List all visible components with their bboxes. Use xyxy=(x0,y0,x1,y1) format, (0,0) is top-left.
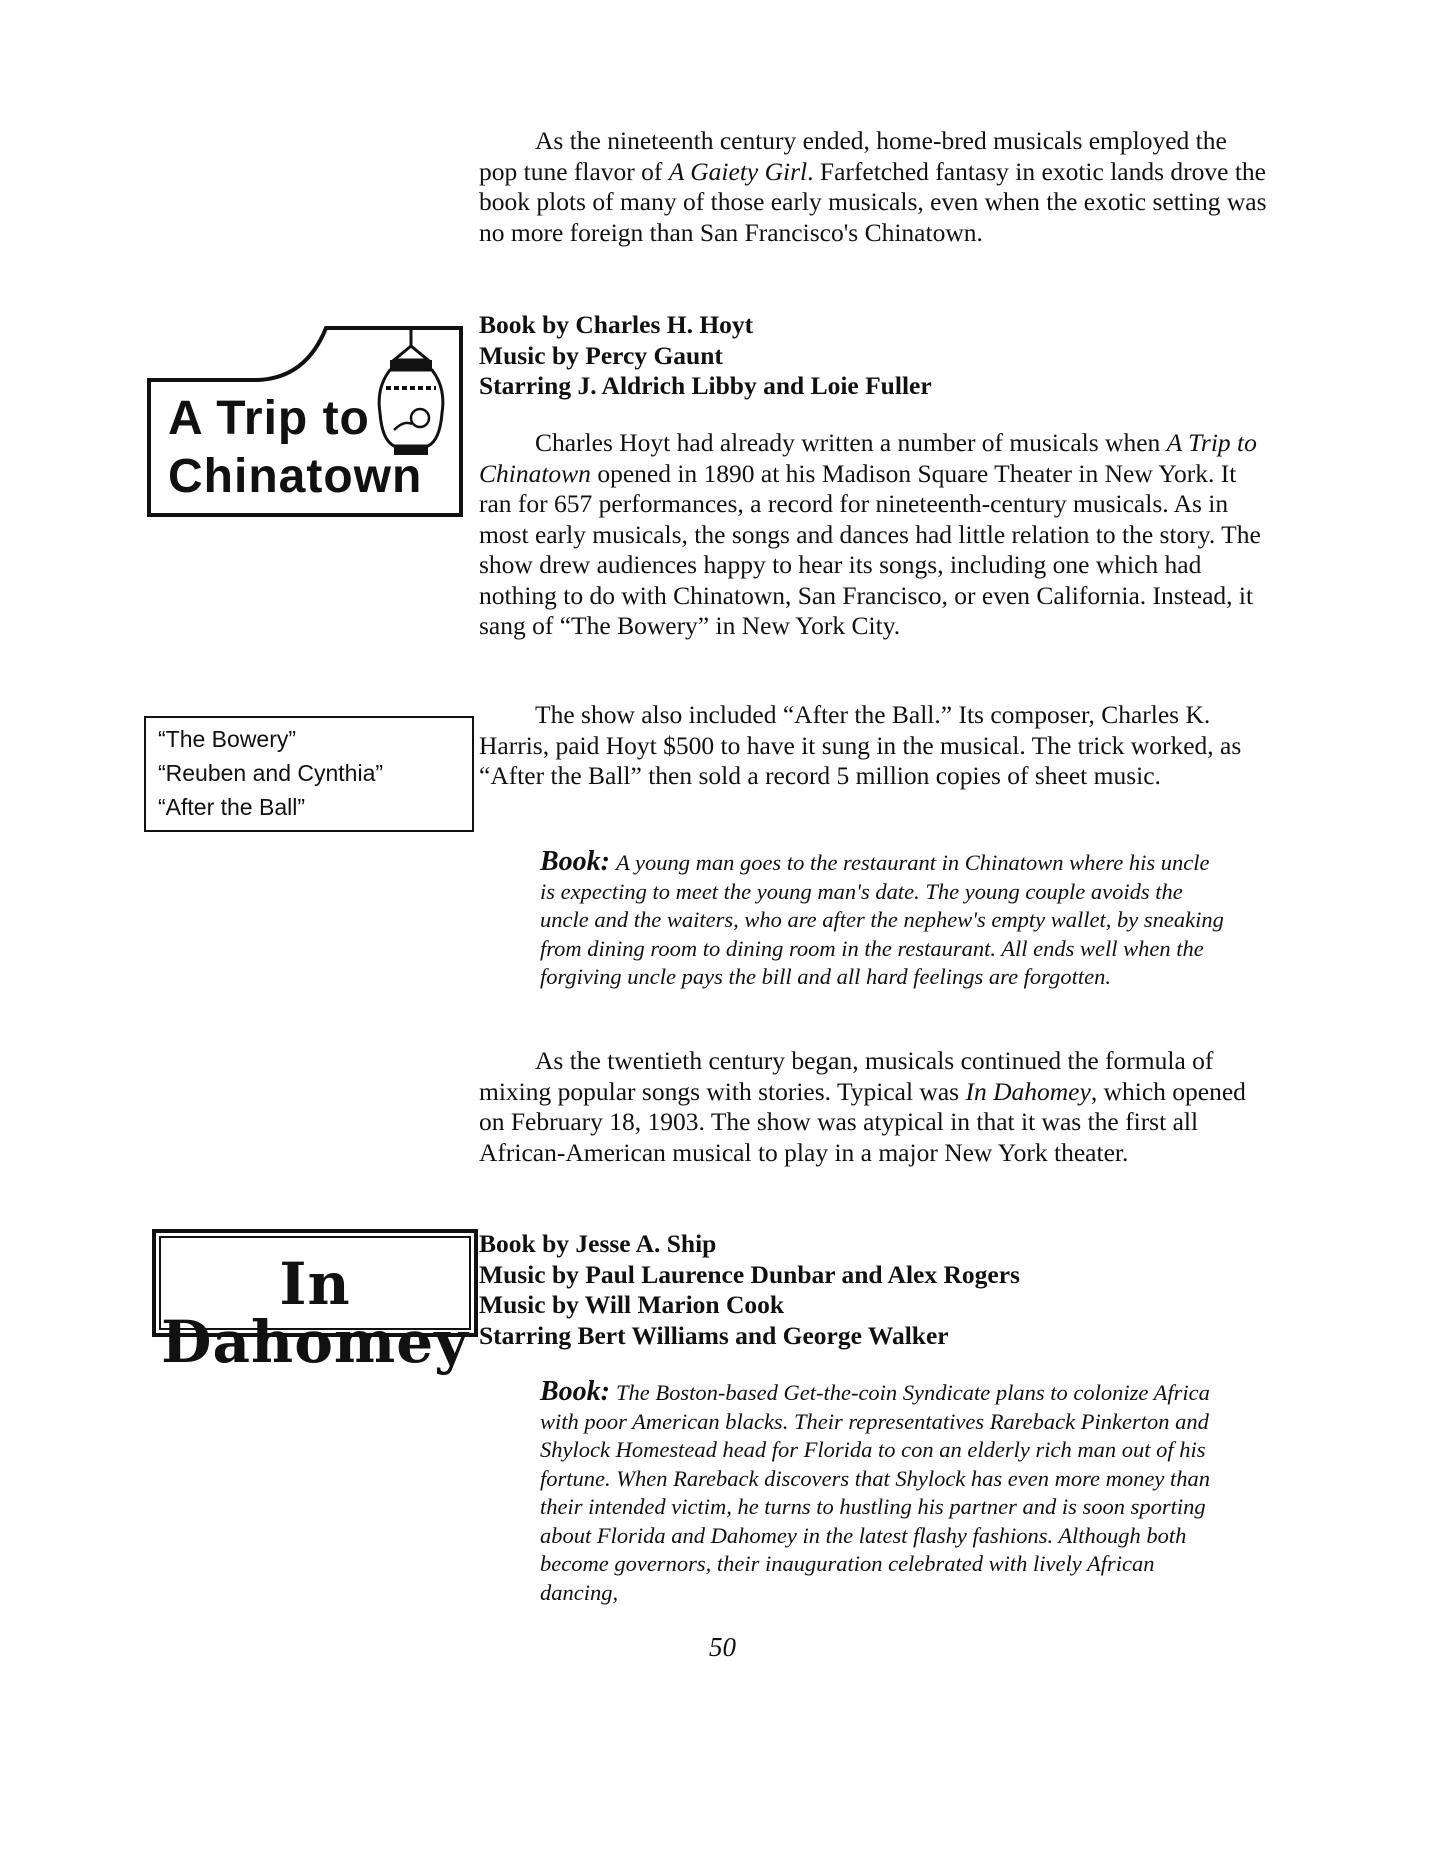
trip-synopsis: Book:A young man goes to the restaurant … xyxy=(540,848,1230,992)
para-text-end: opened in 1890 at his Madison Square The… xyxy=(479,459,1261,641)
credit-lyrics: Music by Paul Laurence Dunbar and Alex R… xyxy=(479,1260,1269,1291)
logo-line-2: Chinatown xyxy=(168,446,422,508)
trip-paragraph-1: Charles Hoyt had already written a numbe… xyxy=(479,428,1269,642)
intro-paragraph: As the nineteenth century ended, home-br… xyxy=(479,126,1269,248)
song-item: “After the Ball” xyxy=(158,790,460,824)
synopsis-text: A young man goes to the restaurant in Ch… xyxy=(540,850,1224,989)
credit-music: Music by Will Marion Cook xyxy=(479,1290,1269,1321)
credit-book: Book by Jesse A. Ship xyxy=(479,1229,1269,1260)
song-item: “Reuben and Cynthia” xyxy=(158,756,460,790)
synopsis-label: Book: xyxy=(540,846,610,877)
credit-starring: Starring Bert Williams and George Walker xyxy=(479,1321,1269,1352)
dahomey-credits: Book by Jesse A. Ship Music by Paul Laur… xyxy=(479,1229,1269,1351)
in-dahomey-title: In Dahomey xyxy=(156,1255,474,1371)
logo-line-1: A Trip to xyxy=(168,388,370,450)
transition-italic-title: In Dahomey xyxy=(965,1077,1090,1106)
credit-starring: Starring J. Aldrich Libby and Loie Fulle… xyxy=(479,371,1269,402)
song-item: “The Bowery” xyxy=(158,722,460,756)
trip-to-chinatown-logo: A Trip to Chinatown xyxy=(146,318,464,518)
synopsis-text: The Boston-based Get-the-coin Syndicate … xyxy=(540,1380,1210,1605)
credit-book: Book by Charles H. Hoyt xyxy=(479,310,1269,341)
synopsis-label: Book: xyxy=(540,1376,610,1407)
in-dahomey-logo: In Dahomey xyxy=(152,1229,478,1337)
transition-paragraph: As the twentieth century began, musicals… xyxy=(479,1046,1269,1168)
intro-italic-title: A Gaiety Girl xyxy=(669,157,807,186)
dahomey-synopsis: Book:The Boston-based Get-the-coin Syndi… xyxy=(540,1378,1230,1607)
songs-box: “The Bowery” “Reuben and Cynthia” “After… xyxy=(144,716,474,832)
para-text: Charles Hoyt had already written a numbe… xyxy=(535,428,1167,457)
trip-credits: Book by Charles H. Hoyt Music by Percy G… xyxy=(479,310,1269,402)
page-number: 50 xyxy=(0,1632,1445,1663)
trip-paragraph-2: The show also included “After the Ball.”… xyxy=(479,700,1269,792)
credit-music: Music by Percy Gaunt xyxy=(479,341,1269,372)
